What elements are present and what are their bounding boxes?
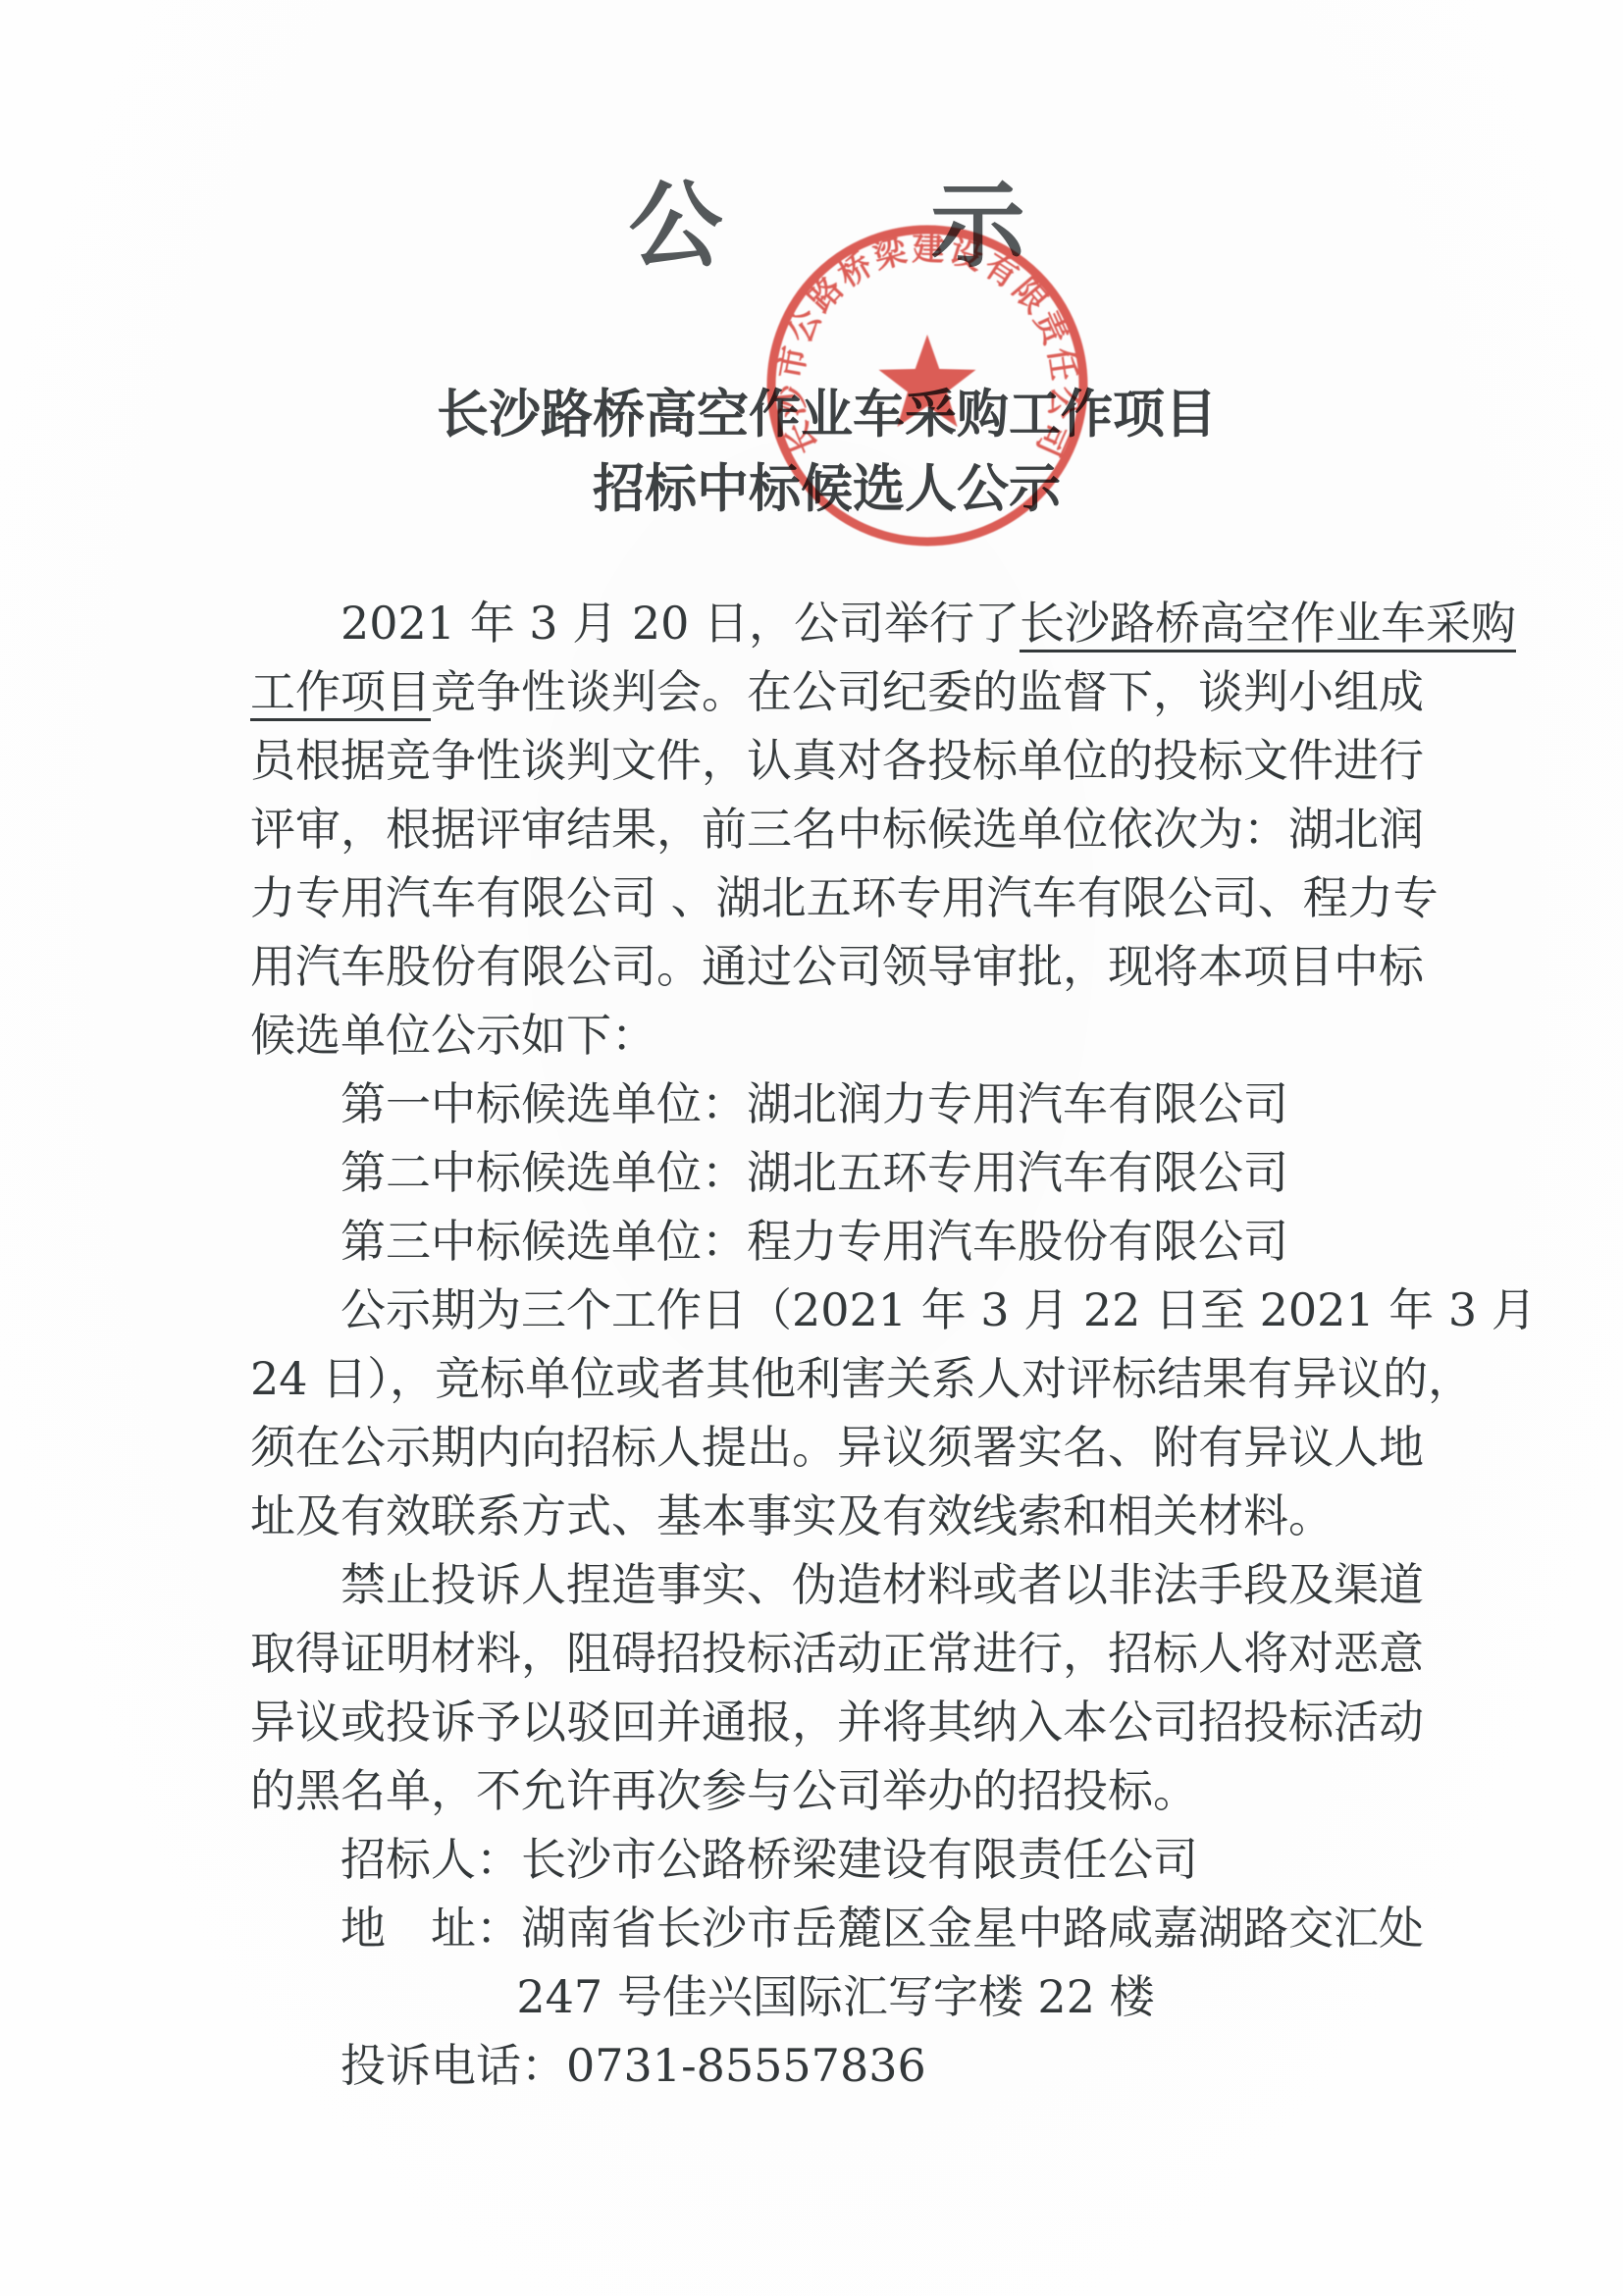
seal-graphic: 长沙市公路桥梁建设有限责任公司 <box>763 222 1091 549</box>
text-segment: 竞争性谈判会。在公司纪委的监督下，谈判小组成 <box>431 665 1424 718</box>
underlined-text: 工作项目 <box>250 665 431 718</box>
text-segment: 禁止投诉人捏造事实、伪造材料或者以非法手段及渠道 <box>340 1558 1424 1611</box>
text-segment: 地 址：湖南省长沙市岳麓区金星中路咸嘉湖路交汇处 <box>340 1902 1424 1955</box>
body-line: 第一中标候选单位：湖北润力专用汽车有限公司 <box>250 1070 1403 1138</box>
text-segment: 24 日），竞标单位或者其他利害关系人对评标结果有异议的， <box>250 1352 1473 1405</box>
body-line: 员根据竞争性谈判文件，认真对各投标单位的投标文件进行 <box>250 726 1403 795</box>
star-icon <box>879 335 976 427</box>
body-line: 址及有效联系方式、基本事实及有效线索和相关材料。 <box>250 1482 1403 1550</box>
body-line: 禁止投诉人捏造事实、伪造材料或者以非法手段及渠道 <box>250 1550 1403 1619</box>
body-line: 公示期为三个工作日（2021 年 3 月 22 日至 2021 年 3 月 <box>250 1276 1403 1344</box>
body-line: 2021 年 3 月 20 日，公司举行了长沙路桥高空作业车采购 <box>250 589 1403 657</box>
text-segment: 公示期为三个工作日（2021 年 3 月 22 日至 2021 年 3 月 <box>340 1283 1537 1336</box>
text-segment: 员根据竞争性谈判文件，认真对各投标单位的投标文件进行 <box>250 734 1424 787</box>
body-line: 招标人：长沙市公路桥梁建设有限责任公司 <box>250 1825 1403 1894</box>
text-segment: 第二中标候选单位：湖北五环专用汽车有限公司 <box>340 1146 1288 1199</box>
underlined-text: 长沙路桥高空作业车采购 <box>1020 597 1516 650</box>
text-segment: 的黑名单，不允许再次参与公司举办的招投标。 <box>250 1764 1198 1817</box>
body-line: 247 号佳兴国际汇写字楼 22 楼 <box>250 1962 1403 2031</box>
body-line: 第三中标候选单位：程力专用汽车股份有限公司 <box>250 1207 1403 1276</box>
text-segment: 用汽车股份有限公司。通过公司领导审批，现将本项目中标 <box>250 940 1424 993</box>
body-line: 取得证明材料，阻碍招投标活动正常进行，招标人将对恶意 <box>250 1619 1403 1688</box>
text-segment: 投诉电话：0731-85557836 <box>340 2039 926 2092</box>
body-line: 异议或投诉予以驳回并通报，并将其纳入本公司招投标活动 <box>250 1688 1403 1756</box>
body-text: 2021 年 3 月 20 日，公司举行了长沙路桥高空作业车采购工作项目竞争性谈… <box>250 589 1403 2100</box>
scanned-announcement-page: 公示 长沙路桥高空作业车采购工作项目 招标中标候选人公示 2021 年 3 月 … <box>0 0 1623 2296</box>
body-line: 的黑名单，不允许再次参与公司举办的招投标。 <box>250 1756 1403 1825</box>
text-segment: 址及有效联系方式、基本事实及有效线索和相关材料。 <box>250 1489 1334 1542</box>
body-line: 候选单位公示如下： <box>250 1001 1403 1070</box>
body-line: 投诉电话：0731-85557836 <box>250 2031 1403 2100</box>
body-line: 24 日），竞标单位或者其他利害关系人对评标结果有异议的， <box>250 1344 1403 1413</box>
body-line: 评审，根据评审结果，前三名中标候选单位依次为：湖北润 <box>250 795 1403 863</box>
text-segment: 异议或投诉予以驳回并通报，并将其纳入本公司招投标活动 <box>250 1696 1424 1748</box>
body-line: 地 址：湖南省长沙市岳麓区金星中路咸嘉湖路交汇处 <box>250 1894 1403 1962</box>
body-line: 力专用汽车有限公司 、湖北五环专用汽车有限公司、程力专 <box>250 863 1403 932</box>
text-segment: 2021 年 3 月 20 日，公司举行了 <box>340 597 1020 650</box>
text-segment: 评审，根据评审结果，前三名中标候选单位依次为：湖北润 <box>250 803 1424 856</box>
text-segment: 247 号佳兴国际汇写字楼 22 楼 <box>516 1970 1154 2023</box>
text-segment: 候选单位公示如下： <box>250 1009 656 1062</box>
text-segment: 须在公示期内向招标人提出。异议须署实名、附有异议人地 <box>250 1421 1424 1474</box>
text-segment: 第一中标候选单位：湖北润力专用汽车有限公司 <box>340 1077 1288 1130</box>
company-seal-stamp: 长沙市公路桥梁建设有限责任公司 <box>763 222 1091 549</box>
body-line: 须在公示期内向招标人提出。异议须署实名、附有异议人地 <box>250 1413 1403 1482</box>
body-line: 用汽车股份有限公司。通过公司领导审批，现将本项目中标 <box>250 932 1403 1001</box>
text-segment: 取得证明材料，阻碍招投标活动正常进行，招标人将对恶意 <box>250 1627 1424 1680</box>
body-line: 工作项目竞争性谈判会。在公司纪委的监督下，谈判小组成 <box>250 657 1403 726</box>
body-line: 第二中标候选单位：湖北五环专用汽车有限公司 <box>250 1138 1403 1207</box>
text-segment: 第三中标候选单位：程力专用汽车股份有限公司 <box>340 1215 1288 1268</box>
text-segment: 力专用汽车有限公司 、湖北五环专用汽车有限公司、程力专 <box>250 871 1439 924</box>
text-segment: 招标人：长沙市公路桥梁建设有限责任公司 <box>340 1833 1198 1886</box>
